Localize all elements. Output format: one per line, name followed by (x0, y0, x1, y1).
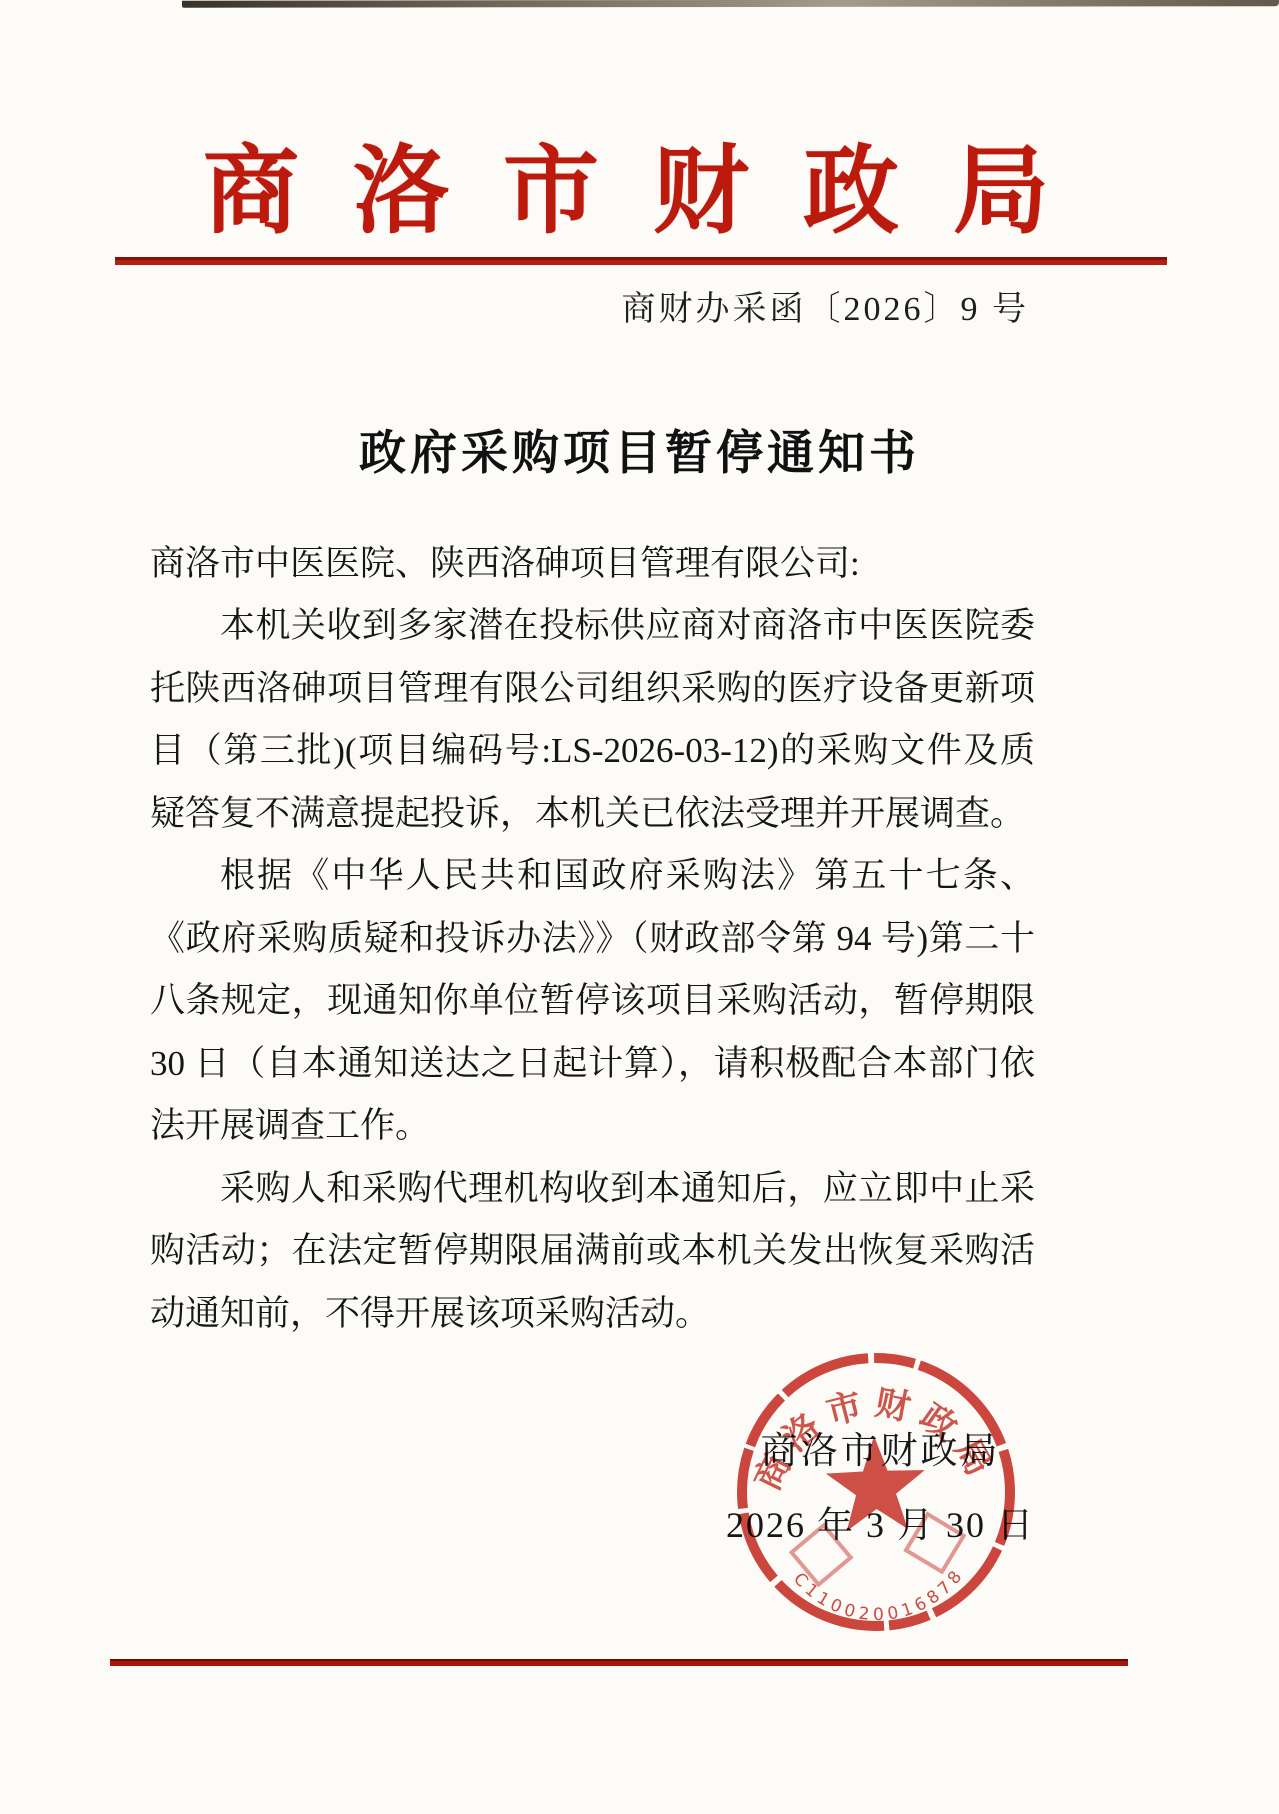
official-seal: 商洛市财政局 C110020016878 (715, 1331, 1038, 1654)
notice-body: 商洛市中医医院、陕西洛砷项目管理有限公司: 本机关收到多家潜在投标供应商对商洛市… (150, 533, 1035, 1346)
body-paragraph: 本机关收到多家潜在投标供应商对商洛市中医医院委托陕西洛砷项目管理有限公司组织采购… (150, 595, 1035, 845)
scanned-document-page: 商洛市财政局 商财办采函〔2026〕9 号 政府采购项目暂停通知书 商洛市中医医… (0, 0, 1279, 1814)
seal-star-icon (825, 1434, 927, 1531)
document-reference-number: 商财办采函〔2026〕9 号 (0, 281, 1279, 330)
notice-title: 政府采购项目暂停通知书 (0, 416, 1279, 483)
seal-overlap-mark-icon (906, 1514, 964, 1572)
letterhead-agency-name: 商洛市财政局 (27, 0, 1279, 243)
salutation-line: 商洛市中医医院、陕西洛砷项目管理有限公司: (150, 533, 1035, 596)
body-paragraph: 根据《中华人民共和国政府采购法》第五十七条、《政府采购质疑和投诉办法》》（财政部… (150, 845, 1035, 1158)
footer-divider-rule (110, 1659, 1128, 1666)
letterhead-divider-rule (115, 257, 1167, 265)
body-paragraph: 采购人和采购代理机构收到本通知后，应立即中止采购活动；在法定暂停期限届满前或本机… (150, 1158, 1035, 1346)
